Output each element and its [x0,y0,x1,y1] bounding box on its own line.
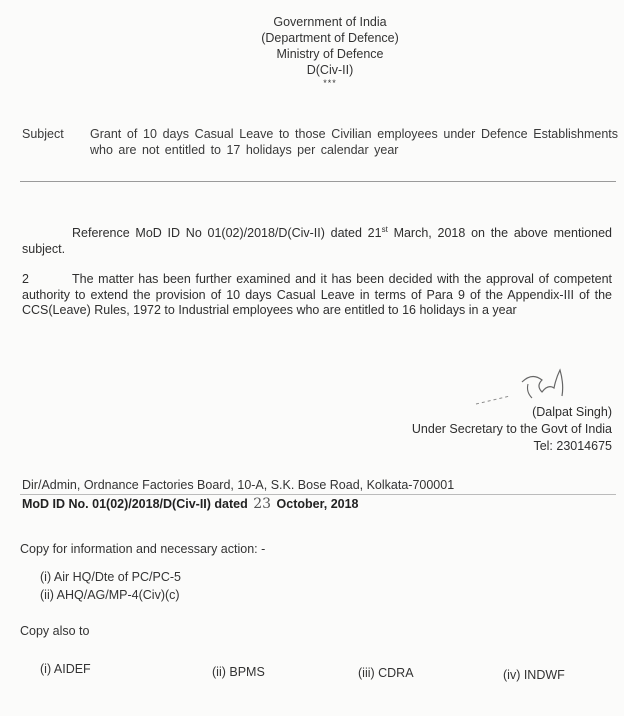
copy-also-heading: Copy also to [20,624,89,638]
govt-line: Government of India [36,14,624,30]
copy-info-heading: Copy for information and necessary actio… [20,542,265,556]
paragraph-number: 2 [22,272,42,288]
ministry-line: Ministry of Defence [36,46,624,62]
reference-paragraph: Reference MoD ID No 01(02)/2018/D(Civ-II… [22,222,612,257]
copy-also-item: (ii) BPMS [212,665,265,679]
subject-divider [20,181,616,182]
handwritten-date: 23 [251,496,273,512]
letterhead: Government of India (Department of Defen… [0,14,624,88]
department-line: (Department of Defence) [36,30,624,46]
signatory-name: (Dalpat Singh) [412,404,612,421]
subject-text: Grant of 10 days Casual Leave to those C… [90,126,618,158]
addressee-divider [20,494,616,495]
subject-block: Subject Grant of 10 days Casual Leave to… [22,126,618,158]
copy-also-item: (iii) CDRA [358,666,414,680]
header-separator: *** [36,78,624,88]
copy-info-item: (ii) AHQ/AG/MP-4(Civ)(c) [40,588,180,602]
signatory-tel: Tel: 23014675 [412,438,612,455]
memo-reference: MoD ID No. 01(02)/2018/D(Civ-II) dated 2… [22,496,359,512]
addressee: Dir/Admin, Ordnance Factories Board, 10-… [22,478,454,492]
signatory-designation: Under Secretary to the Govt of India [412,421,612,438]
paragraph-2-text: The matter has been further examined and… [22,272,612,317]
copy-also-item: (iv) INDWF [503,668,565,682]
copy-info-item: (i) Air HQ/Dte of PC/PC-5 [40,570,181,584]
signature-block: (Dalpat Singh) Under Secretary to the Go… [412,404,612,455]
subject-label: Subject [22,126,64,142]
section-line: D(Civ-II) [36,62,624,78]
copy-also-item: (i) AIDEF [40,662,91,676]
paragraph-2: 2The matter has been further examined an… [22,272,612,319]
